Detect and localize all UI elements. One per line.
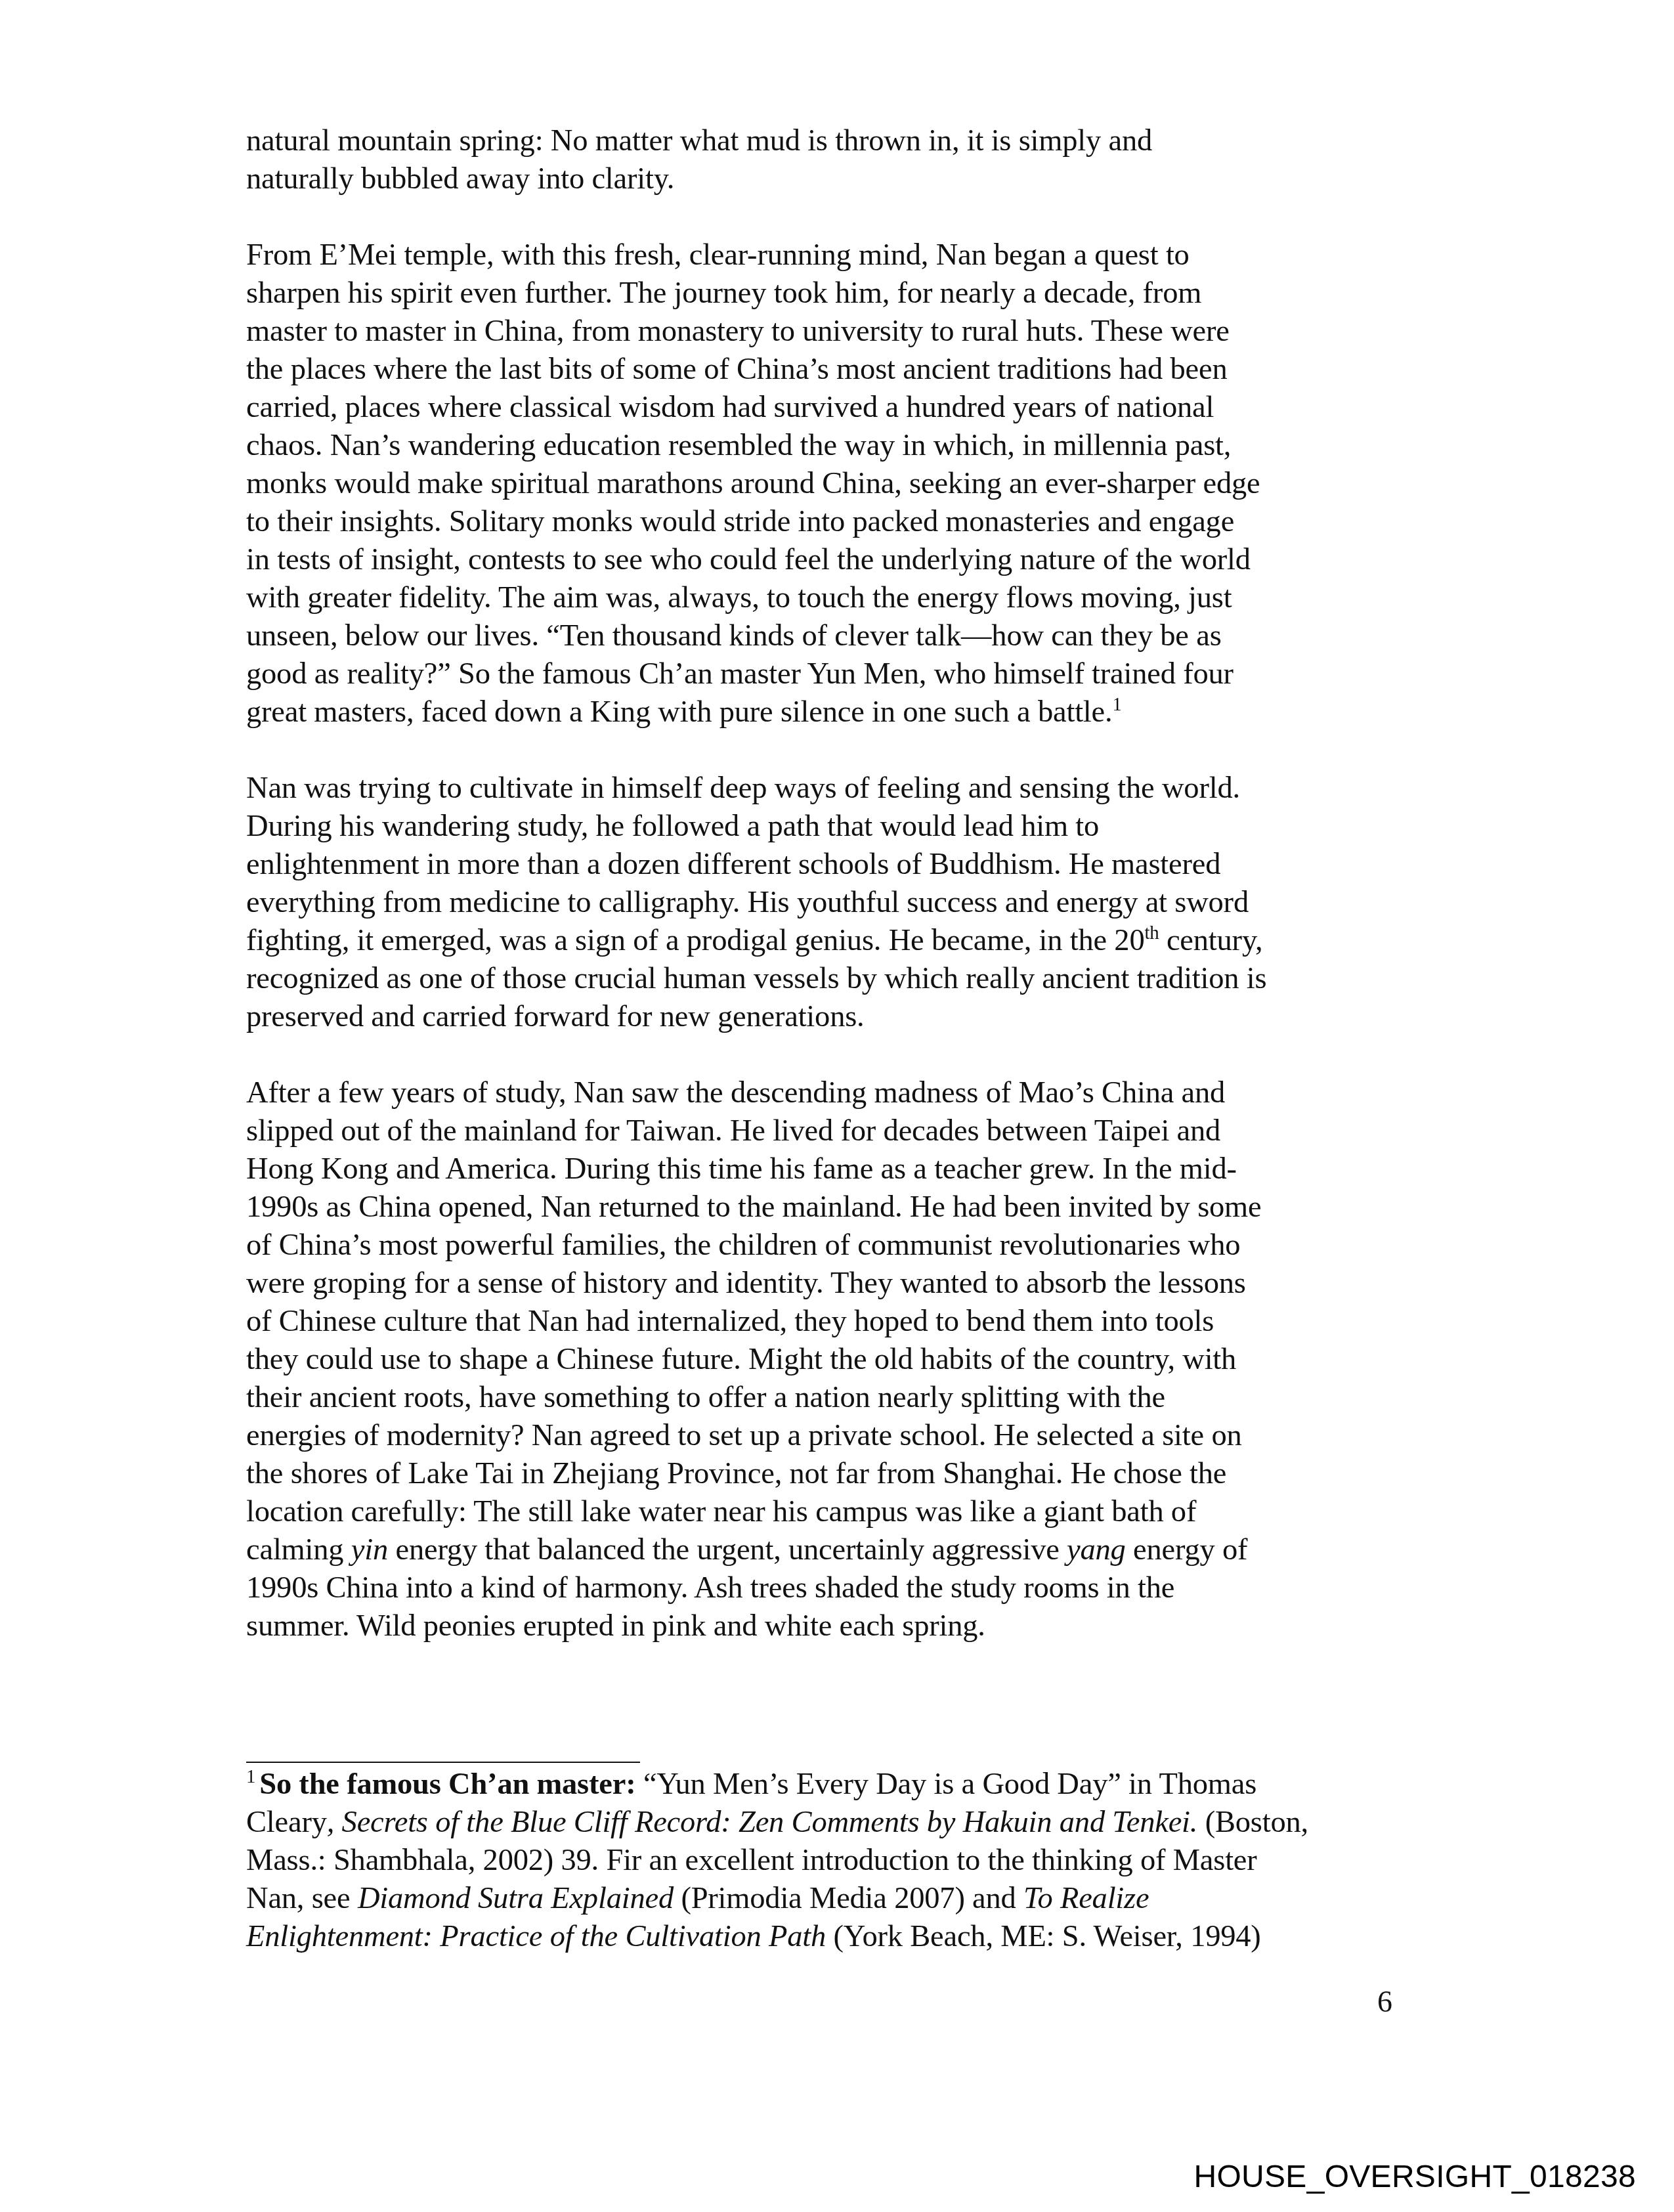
text-line: slipped out of the mainland for Taiwan. … xyxy=(246,1112,1428,1150)
text-line: calming yin energy that balanced the urg… xyxy=(246,1531,1428,1569)
text-line: good as reality?” So the famous Ch’an ma… xyxy=(246,655,1428,693)
document-page: natural mountain spring: No matter what … xyxy=(0,0,1674,2212)
footnote-line: Enlightenment: Practice of the Cultivati… xyxy=(246,1918,1428,1956)
text-line: great masters, faced down a King with pu… xyxy=(246,693,1428,731)
text-line: everything from medicine to calligraphy.… xyxy=(246,884,1428,922)
book-title: To Realize xyxy=(1023,1882,1149,1915)
footnote-reference[interactable]: 1 xyxy=(1112,694,1121,715)
text-line: Hong Kong and America. During this time … xyxy=(246,1150,1428,1188)
text-segment: century, xyxy=(1159,924,1262,957)
text-line: naturally bubbled away into clarity. xyxy=(246,160,1428,198)
book-title: Diamond Sutra Explained xyxy=(358,1882,674,1915)
text-line: energies of modernity? Nan agreed to set… xyxy=(246,1417,1428,1455)
text-line: sharpen his spirit even further. The jou… xyxy=(246,274,1428,313)
text-line: in tests of insight, contests to see who… xyxy=(246,541,1428,579)
footnote-line: Cleary, Secrets of the Blue Cliff Record… xyxy=(246,1804,1428,1842)
text-segment: Nan, see xyxy=(246,1882,358,1915)
text-line: location carefully: The still lake water… xyxy=(246,1493,1428,1531)
text-line: with greater fidelity. The aim was, alwa… xyxy=(246,579,1428,617)
text-line: unseen, below our lives. “Ten thousand k… xyxy=(246,617,1428,655)
footnote-line: Nan, see Diamond Sutra Explained (Primod… xyxy=(246,1880,1428,1918)
text-line: master to master in China, from monaster… xyxy=(246,313,1428,351)
text-line: recognized as one of those crucial human… xyxy=(246,960,1428,998)
paragraph: After a few years of study, Nan saw the … xyxy=(246,1074,1428,1645)
book-title: , Secrets of the Blue Cliff Record: Zen … xyxy=(327,1806,1198,1839)
text-line: 1990s as China opened, Nan returned to t… xyxy=(246,1188,1428,1226)
book-title: Enlightenment: Practice of the Cultivati… xyxy=(246,1920,826,1953)
text-segment: (York Beach, ME: S. Weiser, 1994) xyxy=(826,1920,1261,1953)
footnote-line: Mass.: Shambhala, 2002) 39. Fir an excel… xyxy=(246,1842,1428,1880)
paragraph: natural mountain spring: No matter what … xyxy=(246,122,1428,198)
text-line: From E’Mei temple, with this fresh, clea… xyxy=(246,236,1428,274)
italic-term-yang: yang xyxy=(1067,1533,1126,1567)
text-line: natural mountain spring: No matter what … xyxy=(246,122,1428,160)
footnote-separator xyxy=(246,1762,640,1763)
text-line: monks would make spiritual marathons aro… xyxy=(246,465,1428,503)
footnote-line: 1So the famous Ch’an master: “Yun Men’s … xyxy=(246,1766,1428,1804)
text-line: to their insights. Solitary monks would … xyxy=(246,503,1428,541)
paragraph: Nan was trying to cultivate in himself d… xyxy=(246,770,1428,1036)
text-line: Nan was trying to cultivate in himself d… xyxy=(246,770,1428,808)
text-line: 1990s China into a kind of harmony. Ash … xyxy=(246,1569,1428,1607)
italic-term-yin: yin xyxy=(351,1533,388,1567)
text-line: carried, places where classical wisdom h… xyxy=(246,389,1428,427)
text-line: were groping for a sense of history and … xyxy=(246,1265,1428,1303)
text-line: chaos. Nan’s wandering education resembl… xyxy=(246,427,1428,465)
body-text: natural mountain spring: No matter what … xyxy=(246,122,1428,1645)
text-line: their ancient roots, have something to o… xyxy=(246,1379,1428,1417)
text-segment: (Primodia Media 2007) and xyxy=(674,1882,1023,1915)
text-segment: great masters, faced down a King with pu… xyxy=(246,695,1112,729)
footnote-marker: 1 xyxy=(246,1766,255,1787)
footnote-lead: So the famous Ch’an master: xyxy=(259,1767,635,1801)
footnote: 1So the famous Ch’an master: “Yun Men’s … xyxy=(246,1766,1428,1956)
text-line: During his wandering study, he followed … xyxy=(246,808,1428,846)
text-line: After a few years of study, Nan saw the … xyxy=(246,1074,1428,1112)
text-segment: (Boston, xyxy=(1197,1806,1308,1839)
text-line: preserved and carried forward for new ge… xyxy=(246,998,1428,1036)
text-line: they could use to shape a Chinese future… xyxy=(246,1341,1428,1379)
text-line: of China’s most powerful families, the c… xyxy=(246,1226,1428,1265)
page-number: 6 xyxy=(1377,1983,1392,2021)
bates-stamp: HOUSE_OVERSIGHT_018238 xyxy=(1193,2159,1636,2196)
text-line: summer. Wild peonies erupted in pink and… xyxy=(246,1607,1428,1645)
text-line: of Chinese culture that Nan had internal… xyxy=(246,1303,1428,1341)
text-segment: “Yun Men’s Every Day is a Good Day” in T… xyxy=(635,1767,1256,1801)
text-segment: Cleary xyxy=(246,1806,327,1839)
text-segment: fighting, it emerged, was a sign of a pr… xyxy=(246,924,1144,957)
ordinal-superscript: th xyxy=(1144,922,1159,943)
text-segment: energy that balanced the urgent, uncerta… xyxy=(388,1533,1067,1567)
text-line: fighting, it emerged, was a sign of a pr… xyxy=(246,922,1428,960)
text-segment: calming xyxy=(246,1533,351,1567)
text-line: the shores of Lake Tai in Zhejiang Provi… xyxy=(246,1455,1428,1493)
paragraph: From E’Mei temple, with this fresh, clea… xyxy=(246,236,1428,731)
text-line: the places where the last bits of some o… xyxy=(246,351,1428,389)
text-line: enlightenment in more than a dozen diffe… xyxy=(246,846,1428,884)
text-segment: energy of xyxy=(1126,1533,1248,1567)
